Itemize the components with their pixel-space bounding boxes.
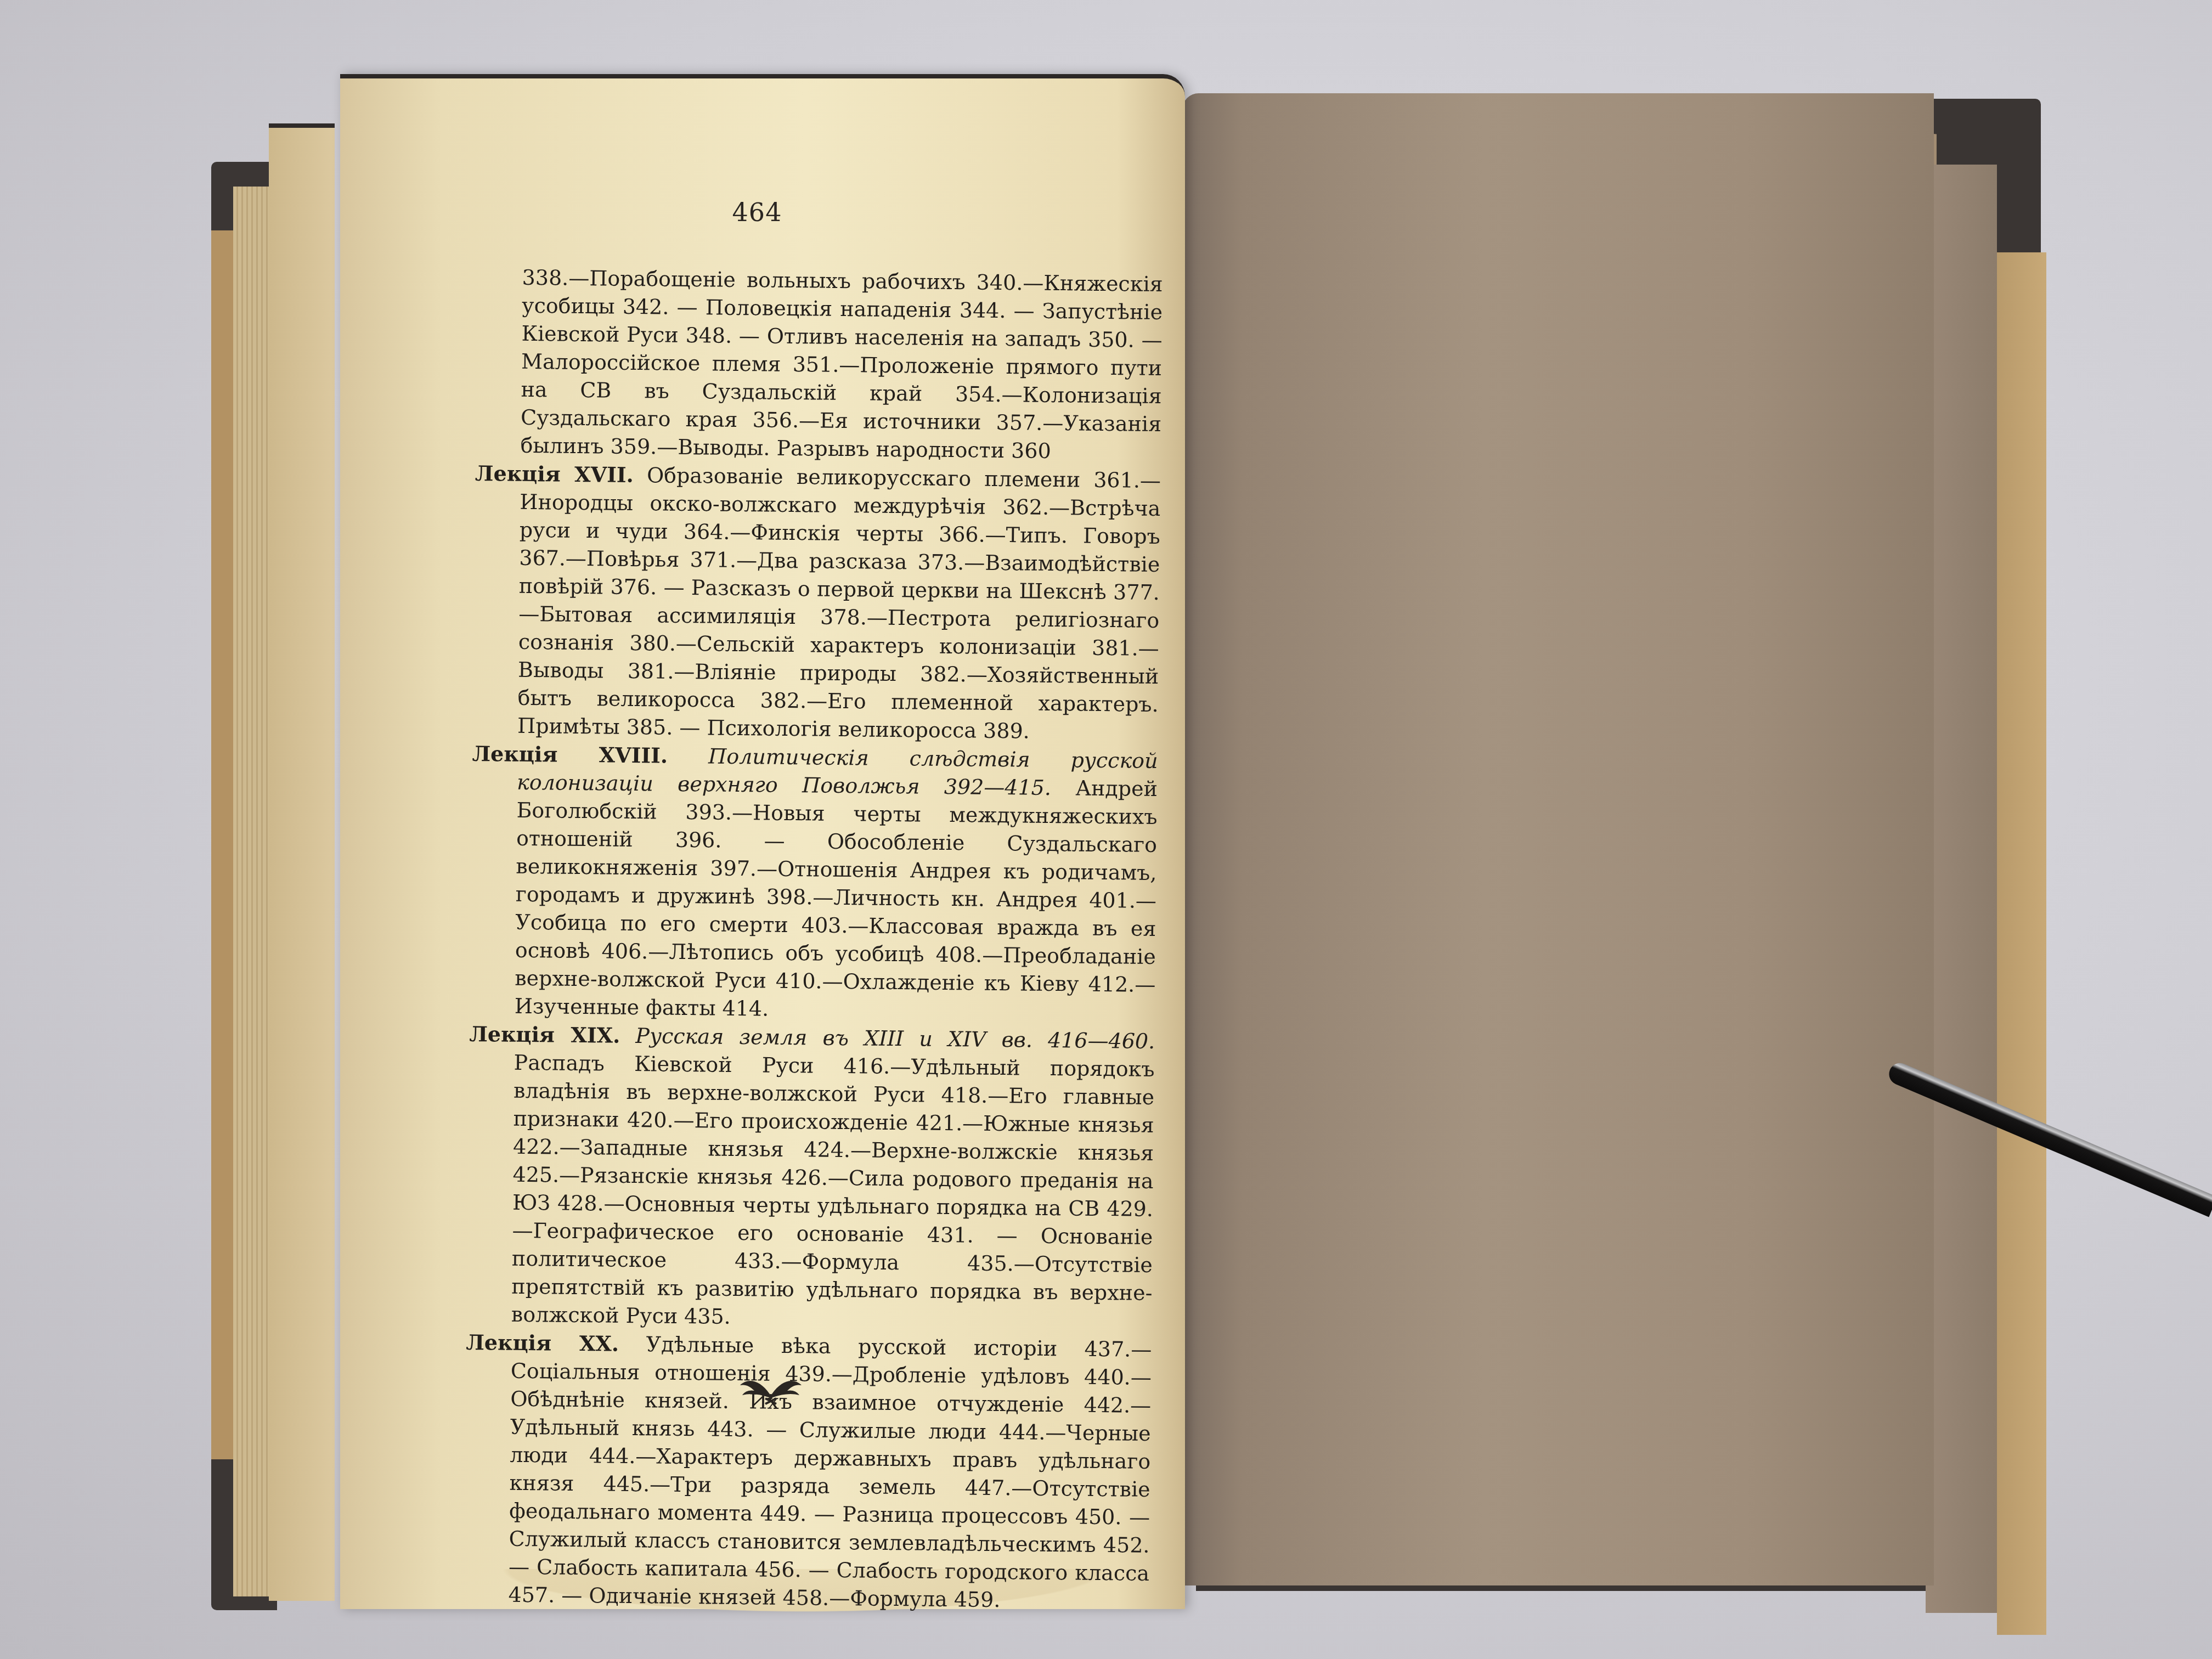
toc-entry-lecture-19: Лекція XIX. Русская земля въ XIII и XIV …: [466, 1020, 1155, 1335]
lecture-title: Русская земля въ XIII и XIV вв. 416—460.: [635, 1024, 1155, 1053]
table-of-contents: 338.—Порабощеніе вольныхъ рабочихъ 340.—…: [463, 263, 1163, 1616]
double-eagle-wings-ornament-icon: [738, 1374, 804, 1407]
page-stack-edges: [233, 187, 272, 1596]
lecture-summary: Удѣльные вѣка русской исторіи 437.—Соціа…: [508, 1332, 1152, 1612]
lecture-label: Лекція XVII.: [475, 461, 634, 487]
endpaper-fold: [1926, 165, 1997, 1613]
lecture-label: Лекція XX.: [466, 1330, 619, 1356]
lecture-label: Лекція XVIII.: [472, 741, 668, 768]
toc-entry-lecture-18: Лекція XVIII. Политическія слѣдствія рус…: [470, 740, 1158, 1027]
toc-entry-lecture-17: Лекція XVII. Образованіе великорусскаго …: [472, 459, 1161, 747]
flyleaf: [269, 123, 335, 1601]
lecture-summary: Андрей Боголюбскій 393.—Новыя черты межд…: [515, 776, 1158, 1020]
lecture-label: Лекція XIX.: [469, 1022, 620, 1048]
toc-entry-lecture-20: Лекція XX. Удѣльные вѣка русской исторіи…: [463, 1328, 1152, 1616]
page-number: 464: [713, 198, 801, 227]
toc-entry-text: 338.—Порабощеніе вольныхъ рабочихъ 340.—…: [520, 266, 1163, 463]
endpaper-torn-edge: [1997, 252, 2046, 1635]
blank-endpaper-page[interactable]: [1182, 93, 1934, 1585]
toc-entry-continuation: 338.—Порабощеніе вольныхъ рабочихъ 340.—…: [475, 263, 1163, 466]
lecture-summary: Распадъ Кіевской Руси 416.—Удѣльный поря…: [511, 1051, 1155, 1329]
lecture-summary: Образованіе великорусскаго племени 361.—…: [517, 463, 1161, 743]
